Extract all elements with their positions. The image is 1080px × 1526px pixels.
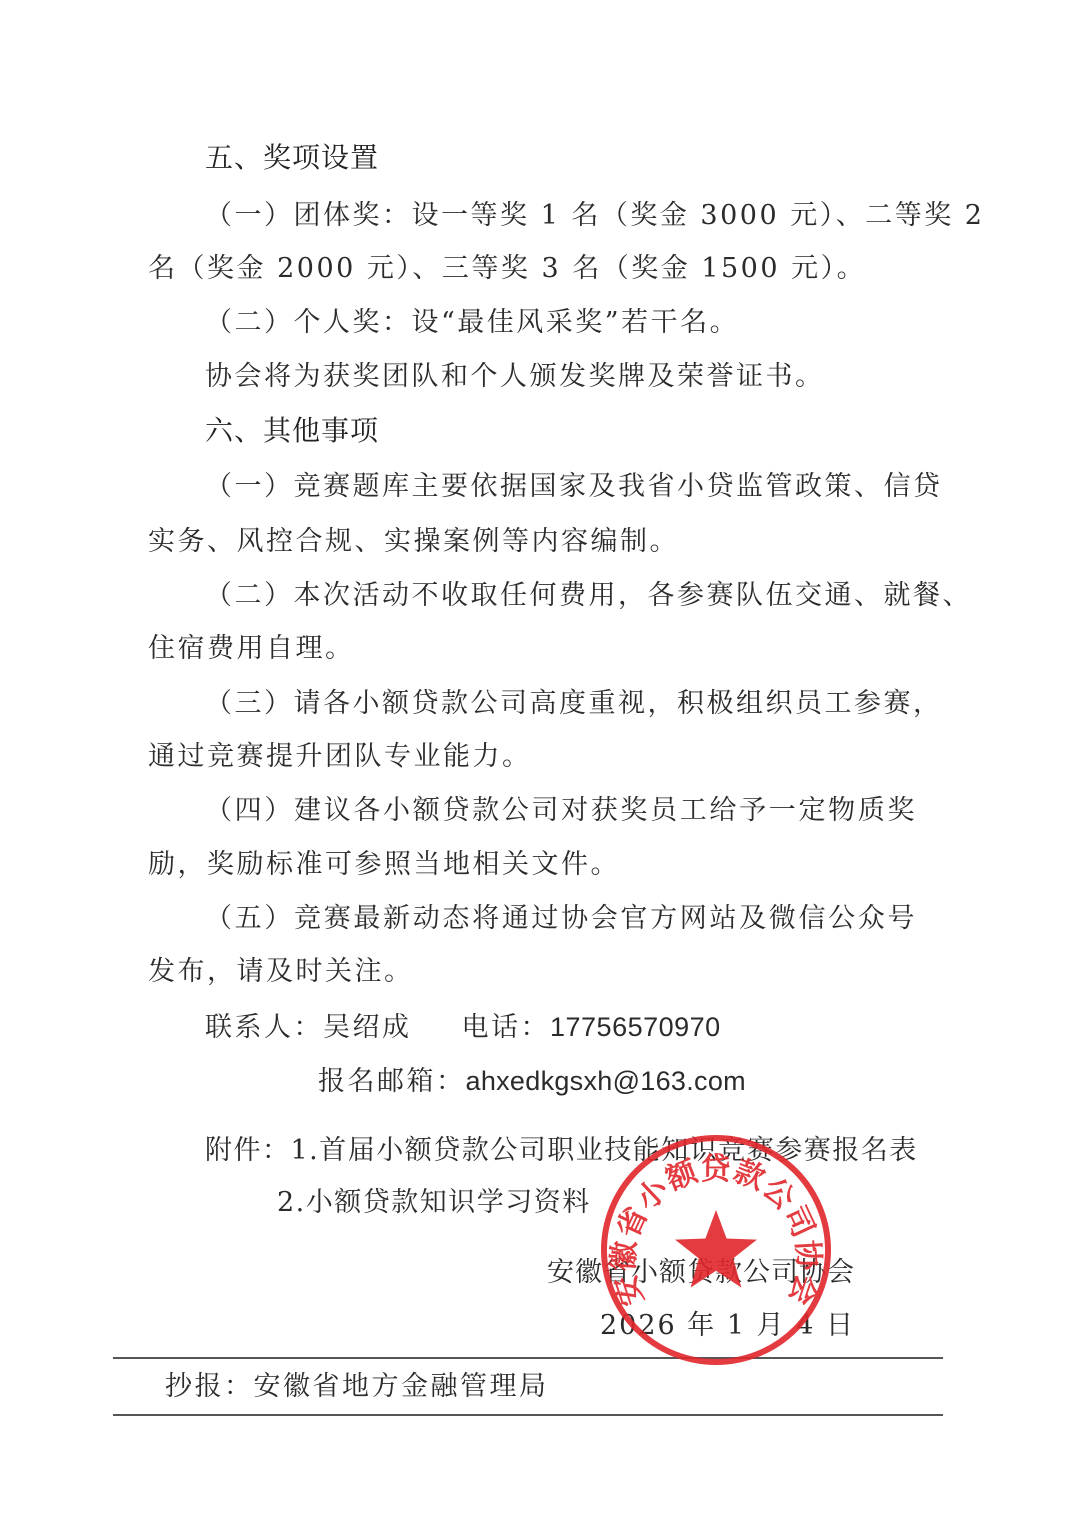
attachment-line-1: 附件：1.首届小额贷款公司职业技能知识竞赛参赛报名表 <box>205 1134 918 1168</box>
section-heading-other-matters: 六、其他事项 <box>205 414 379 448</box>
copy-to-label: 抄报： <box>165 1371 254 1402</box>
paragraph-team-award-line1: （一）团体奖：设一等奖 1 名（奖金 3000 元）、二等奖 2 <box>205 199 917 233</box>
paragraph-other-3-line2: 通过竞赛提升团队专业能力。 <box>148 740 532 774</box>
paragraph-other-5-line1: （五）竞赛最新动态将通过协会官方网站及微信公众号 <box>205 902 917 936</box>
paragraph-individual-award: （二）个人奖：设“最佳风采奖”若干名。 <box>205 306 739 340</box>
paragraph-other-1-line1: （一）竞赛题库主要依据国家及我省小贷监管政策、信贷 <box>205 470 917 504</box>
attachment-item-2: 2.小额贷款知识学习资料 <box>277 1186 591 1220</box>
signature-date: 2026 年 1 月 4 日 <box>600 1309 855 1343</box>
email-label: 报名邮箱： <box>318 1066 466 1097</box>
paragraph-other-2-line1: （二）本次活动不收取任何费用，各参赛队伍交通、就餐、 <box>205 579 917 613</box>
contact-person-label: 联系人： <box>205 1012 323 1043</box>
contact-phone-label: 电话： <box>462 1012 551 1043</box>
copy-to-line: 抄报：安徽省地方金融管理局 <box>165 1370 549 1404</box>
section-heading-awards: 五、奖项设置 <box>205 141 379 175</box>
paragraph-other-4-line1: （四）建议各小额贷款公司对获奖员工给予一定物质奖 <box>205 794 917 828</box>
paragraph-other-5-line2: 发布，请及时关注。 <box>148 955 414 989</box>
paragraph-other-4-line2: 励，奖励标准可参照当地相关文件。 <box>148 848 620 882</box>
document-page: 五、奖项设置 （一）团体奖：设一等奖 1 名（奖金 3000 元）、二等奖 2 … <box>0 0 1080 1526</box>
contact-person-name: 吴绍成 <box>323 1012 412 1043</box>
email-line: 报名邮箱：ahxedkgsxh@163.com <box>318 1064 746 1099</box>
paragraph-other-2-line2: 住宿费用自理。 <box>148 632 355 666</box>
signature-organization: 安徽省小额贷款公司协会 <box>547 1256 855 1290</box>
paragraph-team-award-line2: 名（奖金 2000 元）、三等奖 3 名（奖金 1500 元）。 <box>148 252 866 286</box>
paragraph-other-3-line1: （三）请各小额贷款公司高度重视，积极组织员工参赛， <box>205 687 917 721</box>
copy-to-recipient: 安徽省地方金融管理局 <box>254 1371 549 1402</box>
footer-bottom-divider <box>113 1414 943 1416</box>
paragraph-award-note: 协会将为获奖团队和个人颁发奖牌及荣誉证书。 <box>205 360 825 394</box>
footer-top-divider <box>113 1357 943 1359</box>
paragraph-other-1-line2: 实务、风控合规、实操案例等内容编制。 <box>148 525 679 559</box>
attachment-item-1: 1.首届小额贷款公司职业技能知识竞赛参赛报名表 <box>291 1135 918 1166</box>
attachments-label: 附件： <box>205 1135 291 1166</box>
contact-line: 联系人：吴绍成电话：17756570970 <box>205 1010 721 1045</box>
contact-phone: 17756570970 <box>550 1012 721 1042</box>
email-address: ahxedkgsxh@163.com <box>466 1066 746 1096</box>
